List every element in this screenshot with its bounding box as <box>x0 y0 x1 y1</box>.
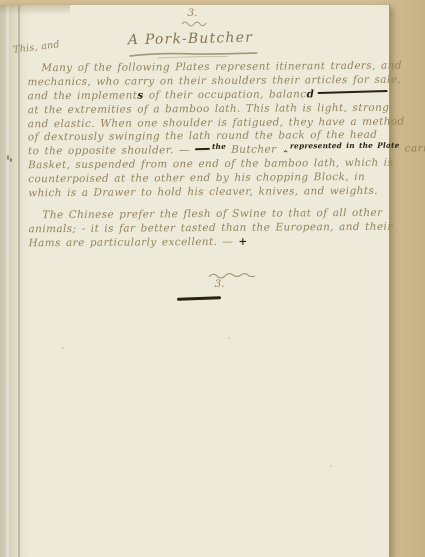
end-rule-stroke <box>177 296 221 300</box>
page-number-flourish <box>180 20 206 27</box>
page-crease-line <box>18 5 20 557</box>
manuscript-text: Butcher <box>226 144 282 156</box>
dark-ink-text: d <box>307 88 315 100</box>
manuscript-text: Basket, suspended from one end of the ba… <box>28 157 393 172</box>
page-number-top: 3. <box>0 7 387 19</box>
manuscript-text: Hams are particularly excellent. — <box>29 236 239 249</box>
inserted-correction-text: the <box>212 142 226 151</box>
manuscript-line: Hams are particularly excellent. — + <box>29 235 391 251</box>
caret-mark: ^ <box>283 148 289 157</box>
manuscript-text: of their occupation, balanc <box>144 88 307 101</box>
manuscript-text: animals; - it is far better tasted than … <box>28 221 392 236</box>
manuscript-text: counterpoised at the other end by his ch… <box>28 171 365 185</box>
manuscript-text-block: Many of the following Plates represent i… <box>27 60 390 252</box>
paper-speckle <box>62 347 64 349</box>
manuscript-text: which is a Drawer to hold his cleaver, k… <box>28 185 378 199</box>
manuscript-text: carries his meat on a <box>399 142 425 155</box>
photo-backdrop: 3. A Pork-Butcher This, and Many of the … <box>0 0 425 557</box>
paper-speckle <box>330 465 332 467</box>
page-fold-highlight <box>6 5 9 557</box>
manuscript-text: The Chinese prefer the flesh of Swine to… <box>42 207 382 221</box>
manuscript-page: 3. A Pork-Butcher This, and Many of the … <box>0 5 390 557</box>
manuscript-text: Many of the following Plates represent i… <box>41 60 402 75</box>
ink-speck <box>10 158 12 162</box>
dark-ink-text: + <box>238 236 247 248</box>
strikethrough-mark <box>317 90 387 94</box>
manuscript-text: at the extremities of a bamboo lath. Thi… <box>28 101 390 116</box>
page-number-bottom: 3. <box>25 278 414 290</box>
manuscript-text: to the opposite shoulder. — <box>28 144 195 157</box>
strikethrough-mark <box>195 148 210 151</box>
manuscript-text: mechanics, who carry on their shoulders … <box>27 74 401 89</box>
ink-speck <box>7 155 9 160</box>
title-underline-flourish <box>127 50 257 60</box>
inserted-correction-text: represented in the Plate <box>290 141 400 151</box>
manuscript-line: which is a Drawer to hold his cleaver, k… <box>28 185 390 201</box>
manuscript-text: and elastic. When one shoulder is fatigu… <box>28 115 405 130</box>
manuscript-text: and the implement <box>28 89 138 102</box>
manuscript-line: animals; - it is far better tasted than … <box>28 221 390 237</box>
paper-speckle <box>228 337 230 339</box>
